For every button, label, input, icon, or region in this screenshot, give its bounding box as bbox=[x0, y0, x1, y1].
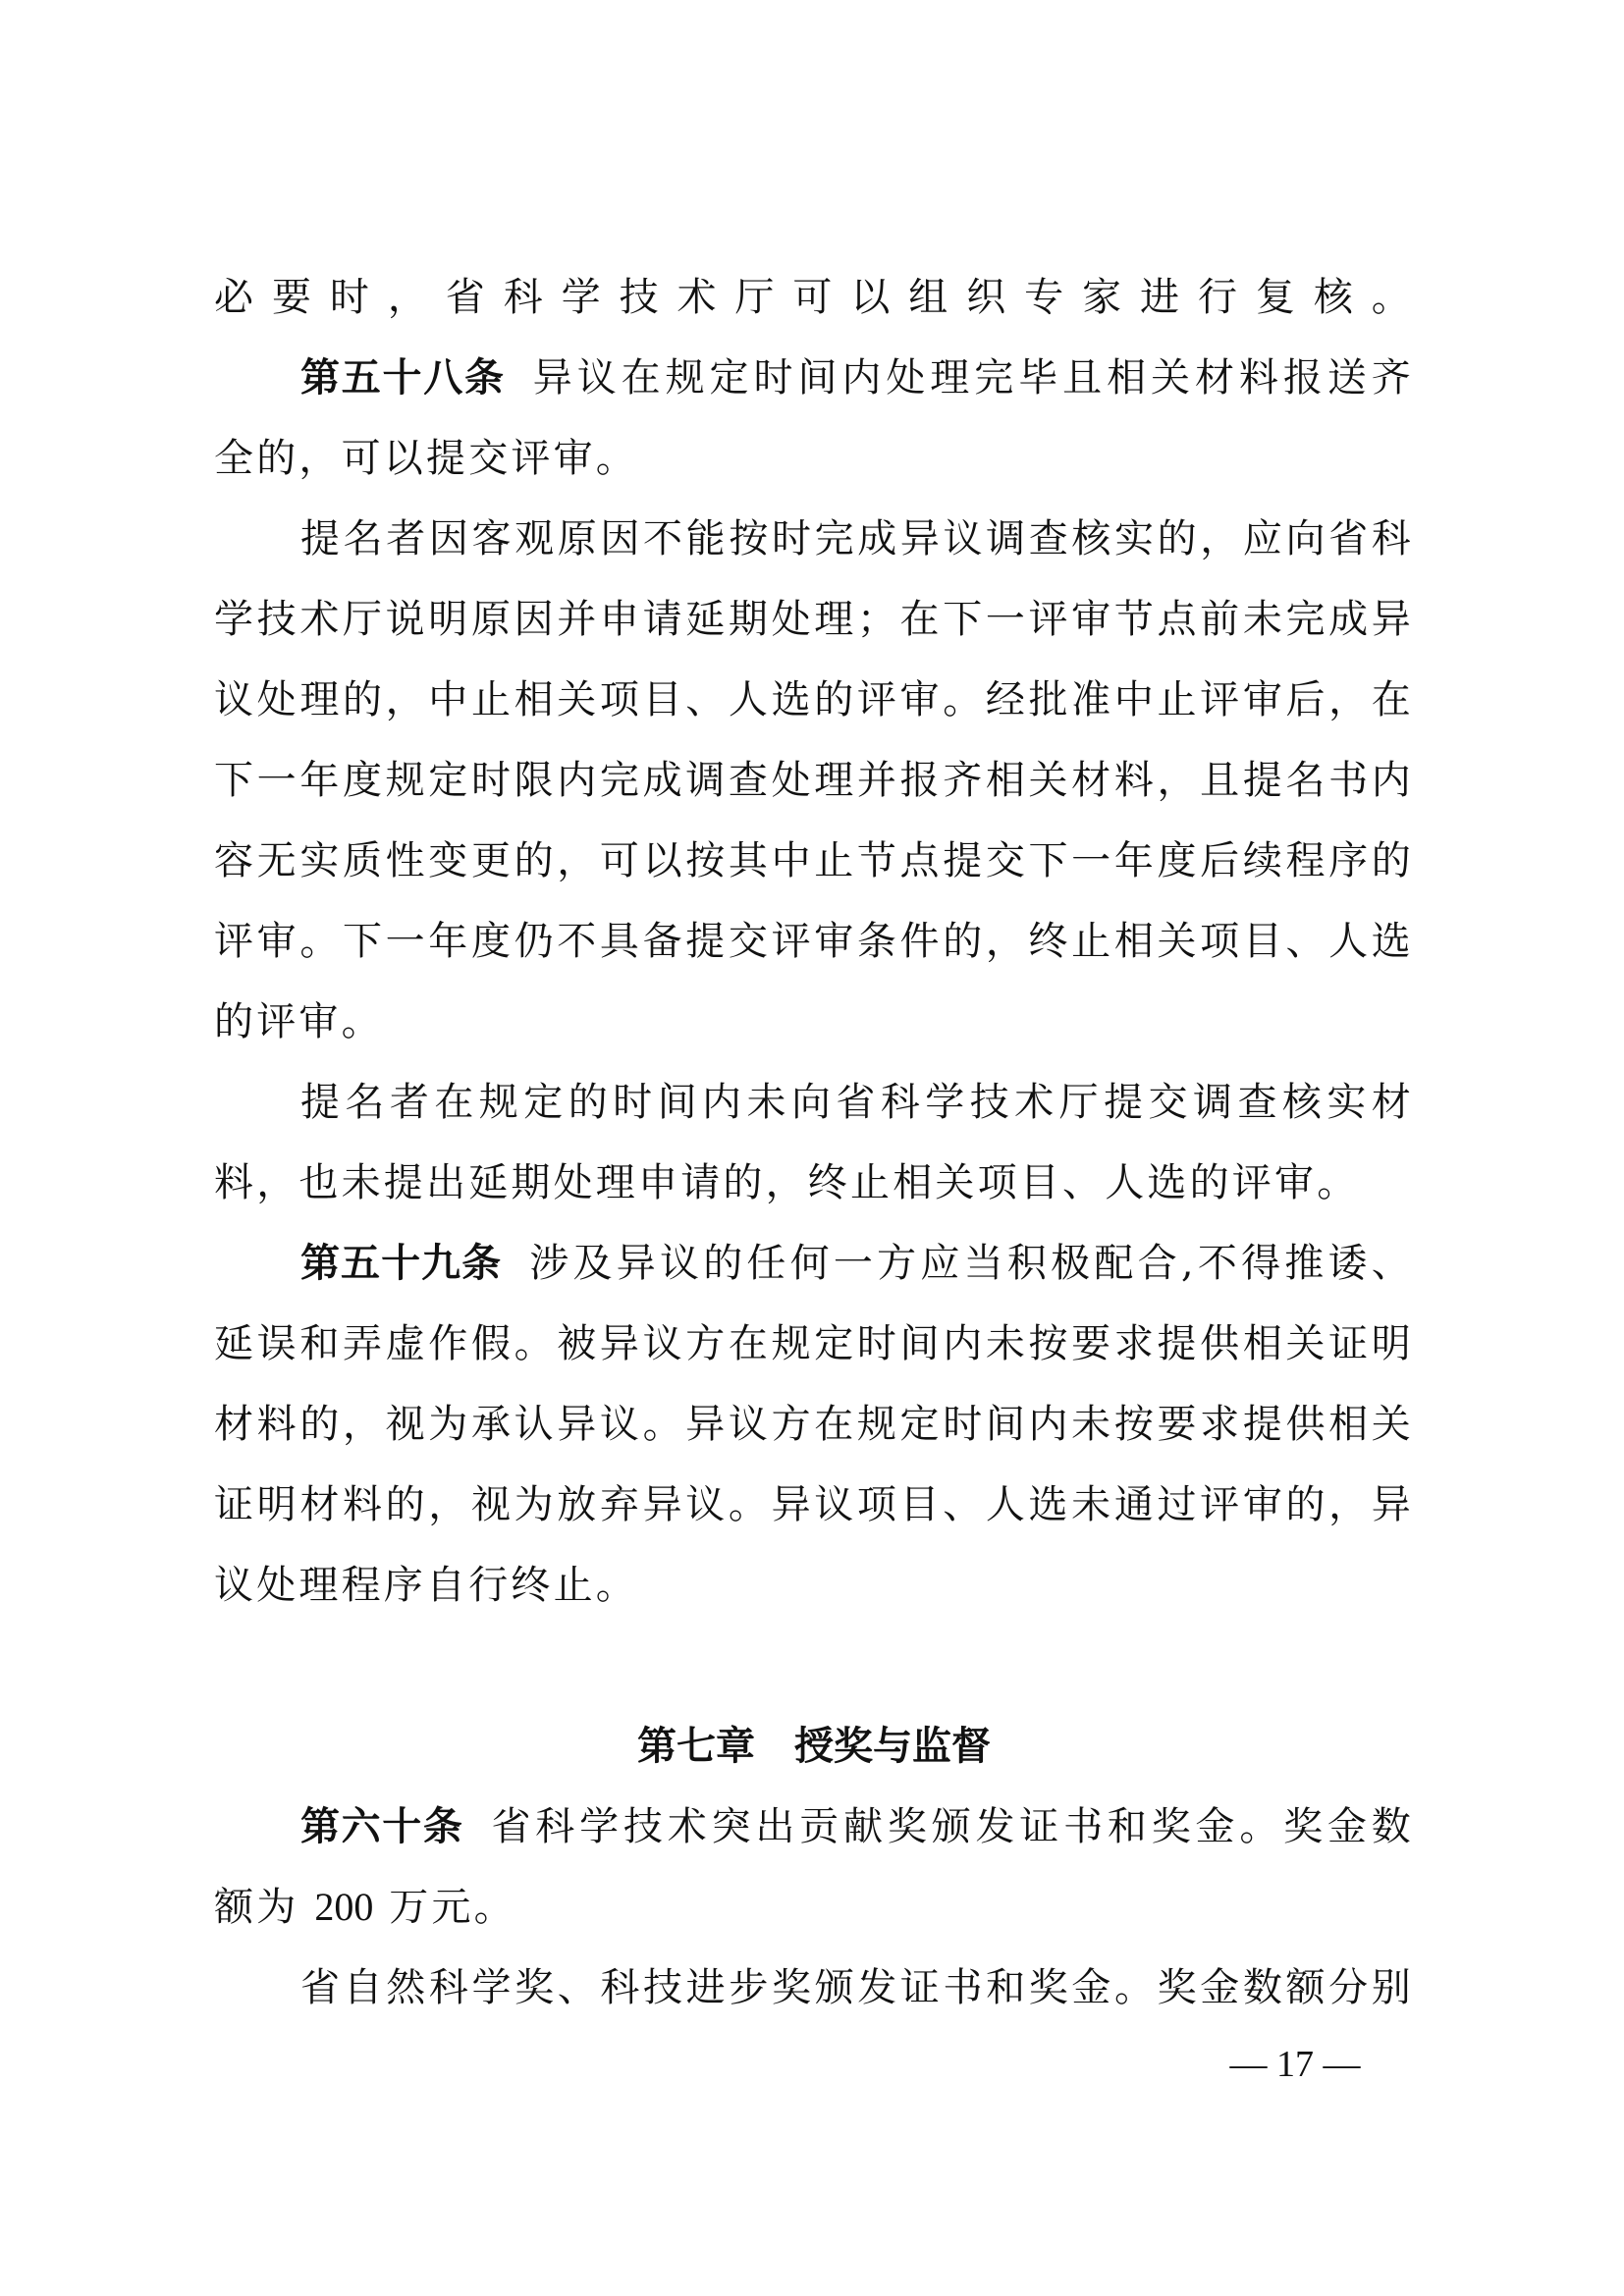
paragraph-line: 全的，可以提交评审。 bbox=[214, 418, 1414, 499]
paragraph-line: 省自然科学奖、科技进步奖颁发证书和奖金。奖金数额分别 bbox=[214, 1948, 1414, 2028]
paragraph-line: 学技术厅说明原因并申请延期处理；在下一评审节点前未完成异 bbox=[214, 579, 1414, 660]
body-text: 的评审。 bbox=[214, 999, 384, 1044]
body-text: 全的，可以提交评审。 bbox=[214, 436, 638, 481]
body-text: 省自然科学奖、科技进步奖颁发证书和奖金。奖金数额分别 bbox=[300, 1965, 1414, 2010]
paragraph-line: 提名者在规定的时间内未向省科学技术厅提交调查核实材 bbox=[214, 1062, 1414, 1143]
chapter-heading: 第七章授奖与监督 bbox=[214, 1706, 1414, 1787]
paragraph-line: 料，也未提出延期处理申请的，终止相关项目、人选的评审。 bbox=[214, 1143, 1414, 1223]
body-text: 涉及异议的任何一方应当积极配合,不得推诿、 bbox=[529, 1241, 1414, 1286]
body-text: 省科学技术突出贡献奖颁发证书和奖金。奖金数 bbox=[491, 1804, 1414, 1849]
document-page: 必要时，省科学技术厅可以组织专家进行复核。 第五十八条异议在规定时间内处理完毕且… bbox=[0, 0, 1624, 2296]
paragraph-line: 的评审。 bbox=[214, 982, 1414, 1062]
prize-amount: 200 bbox=[314, 1885, 373, 1929]
paragraph-line: 证明材料的，视为放弃异议。异议项目、人选未通过评审的，异 bbox=[214, 1465, 1414, 1545]
body-text: 提名者在规定的时间内未向省科学技术厅提交调查核实材 bbox=[300, 1080, 1414, 1125]
paragraph-line: 容无实质性变更的，可以按其中止节点提交下一年度后续程序的 bbox=[214, 821, 1414, 901]
article-number: 第六十条 bbox=[300, 1804, 463, 1849]
body-text: 材料的，视为承认异议。异议方在规定时间内未按要求提供相关 bbox=[214, 1402, 1414, 1447]
paragraph-line: 材料的，视为承认异议。异议方在规定时间内未按要求提供相关 bbox=[214, 1384, 1414, 1465]
body-text: 议处理的，中止相关项目、人选的评审。经批准中止评审后，在 bbox=[214, 677, 1414, 722]
page-number: — 17 — bbox=[1214, 2040, 1377, 2089]
body-text: 容无实质性变更的，可以按其中止节点提交下一年度后续程序的 bbox=[214, 838, 1414, 883]
paragraph-line: 额为 200 万元。 bbox=[214, 1867, 1414, 1948]
body-text: 万元。 bbox=[373, 1885, 516, 1930]
body-text: 议处理程序自行终止。 bbox=[214, 1563, 638, 1608]
body-text: 下一年度规定时限内完成调查处理并报齐相关材料，且提名书内 bbox=[214, 758, 1414, 803]
body-text: 学技术厅说明原因并申请延期处理；在下一评审节点前未完成异 bbox=[214, 597, 1414, 642]
paragraph-line: 延误和弄虚作假。被异议方在规定时间内未按要求提供相关证明 bbox=[214, 1304, 1414, 1384]
body-text: 证明材料的，视为放弃异议。异议项目、人选未通过评审的，异 bbox=[214, 1482, 1414, 1527]
body-text: 异议在规定时间内处理完毕且相关材料报送齐 bbox=[533, 355, 1414, 400]
body-text: 评审。下一年度仍不具备提交评审条件的，终止相关项目、人选 bbox=[214, 919, 1414, 964]
article-59-line: 第五十九条涉及异议的任何一方应当积极配合,不得推诿、 bbox=[214, 1223, 1414, 1304]
body-text: 料，也未提出延期处理申请的，终止相关项目、人选的评审。 bbox=[214, 1160, 1359, 1205]
paragraph-line: 议处理的，中止相关项目、人选的评审。经批准中止评审后，在 bbox=[214, 660, 1414, 740]
paragraph-line: 下一年度规定时限内完成调查处理并报齐相关材料，且提名书内 bbox=[214, 740, 1414, 821]
article-58-line: 第五十八条异议在规定时间内处理完毕且相关材料报送齐 bbox=[214, 338, 1414, 418]
paragraph-line: 评审。下一年度仍不具备提交评审条件的，终止相关项目、人选 bbox=[214, 901, 1414, 982]
body-text: 提名者因客观原因不能按时完成异议调查核实的，应向省科 bbox=[300, 516, 1414, 561]
body-text: 延误和弄虚作假。被异议方在规定时间内未按要求提供相关证明 bbox=[214, 1321, 1414, 1366]
article-number: 第五十九条 bbox=[300, 1241, 502, 1286]
chapter-number: 第七章 bbox=[637, 1724, 755, 1769]
paragraph-line: 议处理程序自行终止。 bbox=[214, 1545, 1414, 1626]
chapter-title: 授奖与监督 bbox=[794, 1724, 991, 1769]
paragraph-line: 必要时，省科学技术厅可以组织专家进行复核。 bbox=[214, 257, 1414, 338]
body-text: 额为 bbox=[214, 1885, 314, 1930]
body-text: 必要时，省科学技术厅可以组织专家进行复核。 bbox=[214, 275, 1414, 320]
article-60-line: 第六十条省科学技术突出贡献奖颁发证书和奖金。奖金数 bbox=[214, 1787, 1414, 1867]
paragraph-line: 提名者因客观原因不能按时完成异议调查核实的，应向省科 bbox=[214, 499, 1414, 579]
article-number: 第五十八条 bbox=[300, 355, 506, 400]
